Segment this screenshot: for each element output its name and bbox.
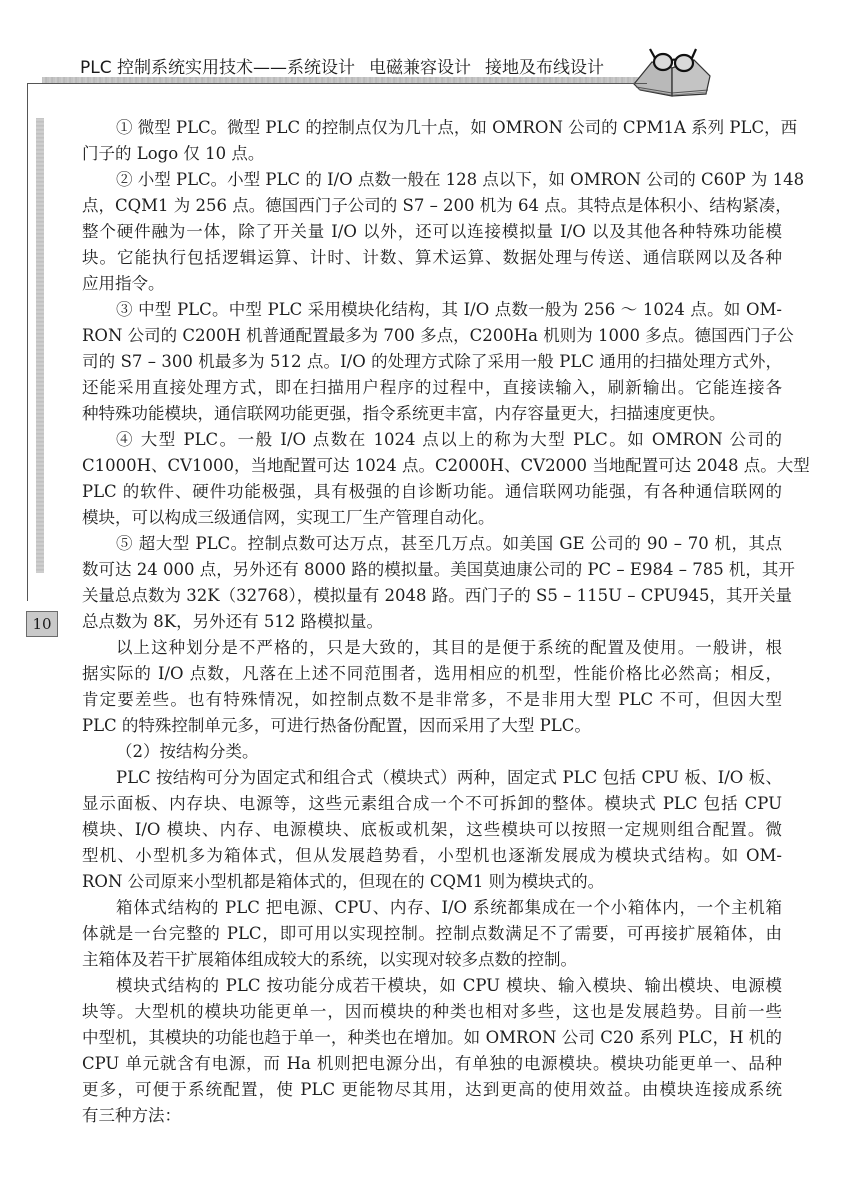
book-with-glasses-icon xyxy=(630,46,712,98)
paragraph-modular-type: 模块式结构的 PLC 按功能分成若干模块，如 CPU 模块、输入模块、输出模块、… xyxy=(82,973,782,1129)
text-line: PLC 的软件、硬件功能极强，具有极强的自诊断功能。通信联网功能强，有各种通信联… xyxy=(82,479,782,505)
text-line: 以上这种划分是不严格的，只是大致的，其目的是便于系统的配置及使用。一般讲，根 xyxy=(82,635,782,661)
text-line: C1000H、CV1000，当地配置可达 1024 点。C2000H、CV200… xyxy=(82,453,782,479)
text-line: 型机、小型机多为箱体式，但从发展趋势看，小型机也逐渐发展成为模块式结构。如 OM… xyxy=(82,843,782,869)
text-line: 模块，可以构成三级通信网，实现工厂生产管理自动化。 xyxy=(82,505,782,531)
text-line: PLC 按结构可分为固定式和组合式（模块式）两种，固定式 PLC 包括 CPU … xyxy=(82,765,782,791)
text-line: 应用指令。 xyxy=(82,271,782,297)
subheading-structure-classification: （2）按结构分类。 xyxy=(82,739,782,765)
side-margin-band xyxy=(36,118,44,573)
paragraph-micro-plc: ① 微型 PLC。微型 PLC 的控制点仅为几十点，如 OMRON 公司的 CP… xyxy=(82,115,782,167)
text-line: 中型机，其模块的功能也趋于单一，种类也在增加。如 OMRON 公司 C20 系列… xyxy=(82,1025,782,1051)
text-line: 总点数为 8K，另外还有 512 路模拟量。 xyxy=(82,609,782,635)
paragraph-classification-note: 以上这种划分是不严格的，只是大致的，其目的是便于系统的配置及使用。一般讲，根 据… xyxy=(82,635,782,739)
section-heading: （2）按结构分类。 xyxy=(82,739,782,765)
text-line: 肯定要差些。也有特殊情况，如控制点数不是非常多，不是非用大型 PLC 不可，但因… xyxy=(82,687,782,713)
text-line: 据实际的 I/O 点数，凡落在上述不同范围者，选用相应的机型，性能价格比必然高；… xyxy=(82,661,782,687)
text-line: ⑤ 超大型 PLC。控制点数可达万点，甚至几万点。如美国 GE 公司的 90 –… xyxy=(82,531,782,557)
header-topic-emc: 电磁兼容设计 xyxy=(369,58,471,78)
body-text: ① 微型 PLC。微型 PLC 的控制点仅为几十点，如 OMRON 公司的 CP… xyxy=(82,115,782,1129)
page-number: 10 xyxy=(26,611,58,637)
text-line: 点，CQM1 为 256 点。德国西门子公司的 S7 – 200 机为 64 点… xyxy=(82,193,782,219)
paragraph-large-plc: ④ 大型 PLC。一般 I/O 点数在 1024 点以上的称为大型 PLC。如 … xyxy=(82,427,782,531)
frame-left-line xyxy=(27,83,28,601)
text-line: 种特殊功能模块，通信联网功能更强，指令系统更丰富，内存容量更大，扫描速度更快。 xyxy=(82,401,782,427)
text-line: 体就是一台完整的 PLC，即可用以实现控制。控制点数满足不了需要，可再接扩展箱体… xyxy=(82,921,782,947)
paragraph-structure-types: PLC 按结构可分为固定式和组合式（模块式）两种，固定式 PLC 包括 CPU … xyxy=(82,765,782,895)
header-book-title: PLC 控制系统实用技术——系统设计 xyxy=(80,58,355,78)
text-line: ② 小型 PLC。小型 PLC 的 I/O 点数一般在 128 点以下，如 OM… xyxy=(82,167,782,193)
text-line: 司的 S7 – 300 机最多为 512 点。I/O 的处理方式除了采用一般 P… xyxy=(82,349,782,375)
text-line: 还能采用直接处理方式，即在扫描用户程序的过程中，直接读输入，刷新输出。它能连接各 xyxy=(82,375,782,401)
paragraph-medium-plc: ③ 中型 PLC。中型 PLC 采用模块化结构，其 I/O 点数一般为 256 … xyxy=(82,297,782,427)
text-line: 更多，可便于系统配置，使 PLC 更能物尽其用，达到更高的使用效益。由模块连接成… xyxy=(82,1077,782,1103)
text-line: 数可达 24 000 点，另外还有 8000 路的模拟量。美国莫迪康公司的 PC… xyxy=(82,557,782,583)
text-line: 显示面板、内存块、电源等，这些元素组合成一个不可拆卸的整体。模块式 PLC 包括… xyxy=(82,791,782,817)
text-line: 模块、I/O 模块、内存、电源模块、底板或机架，这些模块可以按照一定规则组合配置… xyxy=(82,817,782,843)
text-line: RON 公司原来小型机都是箱体式的，但现在的 CQM1 则为模块式的。 xyxy=(82,869,782,895)
text-line: 块。它能执行包括逻辑运算、计时、计数、算术运算、数据处理与传送、通信联网以及各种 xyxy=(82,245,782,271)
text-line: 关量总点数为 32K（32768），模拟量有 2048 路。西门子的 S5 – … xyxy=(82,583,782,609)
header-topic-grounding: 接地及布线设计 xyxy=(485,58,604,78)
text-line: ③ 中型 PLC。中型 PLC 采用模块化结构，其 I/O 点数一般为 256 … xyxy=(82,297,782,323)
frame-top-line xyxy=(27,83,647,84)
text-line: 模块式结构的 PLC 按功能分成若干模块，如 CPU 模块、输入模块、输出模块、… xyxy=(82,973,782,999)
text-line: 整个硬件融为一体，除了开关量 I/O 以外，还可以连接模拟量 I/O 以及其他各… xyxy=(82,219,782,245)
running-header: PLC 控制系统实用技术——系统设计电磁兼容设计接地及布线设计 xyxy=(0,0,848,100)
text-line: ④ 大型 PLC。一般 I/O 点数在 1024 点以上的称为大型 PLC。如 … xyxy=(82,427,782,453)
text-line: PLC 的特殊控制单元多，可进行热备份配置，因而采用了大型 PLC。 xyxy=(82,713,782,739)
text-line: 块等。大型机的模块功能更单一，因而模块的种类也相对多些，这也是发展趋势。目前一些 xyxy=(82,999,782,1025)
paragraph-extra-large-plc: ⑤ 超大型 PLC。控制点数可达万点，甚至几万点。如美国 GE 公司的 90 –… xyxy=(82,531,782,635)
text-line: CPU 单元就含有电源，而 Ha 机则把电源分出，有单独的电源模块。模块功能更单… xyxy=(82,1051,782,1077)
text-line: 主箱体及若干扩展箱体组成较大的系统，以实现对较多点数的控制。 xyxy=(82,947,782,973)
text-line: 门子的 Logo 仅 10 点。 xyxy=(82,141,782,167)
text-line: ① 微型 PLC。微型 PLC 的控制点仅为几十点，如 OMRON 公司的 CP… xyxy=(82,115,782,141)
text-line: 箱体式结构的 PLC 把电源、CPU、内存、I/O 系统都集成在一个小箱体内，一… xyxy=(82,895,782,921)
text-line: RON 公司的 C200H 机普通配置最多为 700 多点，C200Ha 机则为… xyxy=(82,323,782,349)
paragraph-box-type: 箱体式结构的 PLC 把电源、CPU、内存、I/O 系统都集成在一个小箱体内，一… xyxy=(82,895,782,973)
running-header-title: PLC 控制系统实用技术——系统设计电磁兼容设计接地及布线设计 xyxy=(80,53,604,78)
paragraph-small-plc: ② 小型 PLC。小型 PLC 的 I/O 点数一般在 128 点以下，如 OM… xyxy=(82,167,782,297)
page-number-text: 10 xyxy=(32,615,51,633)
text-line: 有三种方法： xyxy=(82,1103,782,1129)
